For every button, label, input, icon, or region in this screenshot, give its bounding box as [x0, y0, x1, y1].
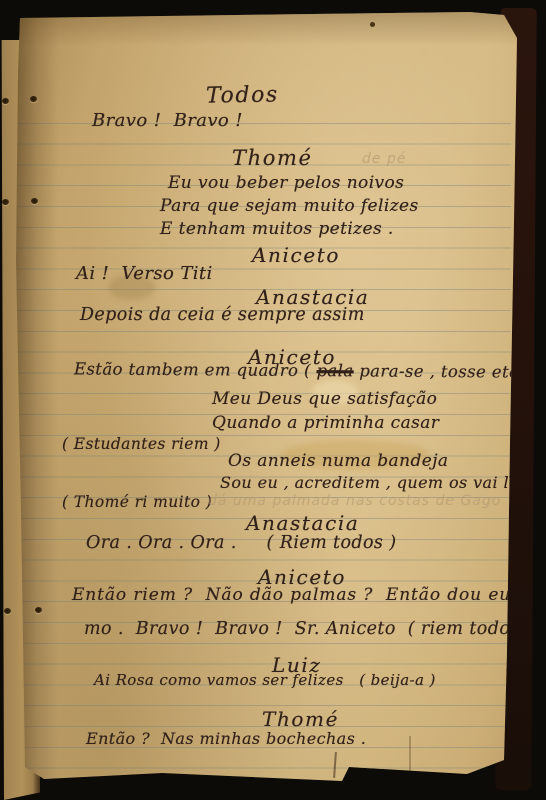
paper-crease — [409, 736, 411, 782]
pencil-note: dá uma palmada nas costas de Gago — [208, 494, 501, 508]
dialogue-line: mo . Bravo ! Bravo ! Sr. Aniceto ( riem … — [84, 621, 533, 639]
verse-line: Meu Deus que satisfação — [212, 391, 437, 408]
verse-line: Quando a priminha casar — [212, 415, 439, 432]
pencil-note: de pé — [362, 152, 406, 166]
punch-hole — [31, 198, 38, 204]
character-heading: Anastacia — [256, 287, 369, 307]
character-heading: Thomé — [232, 148, 313, 169]
dialogue-line: Então riem ? Não dão palmas ? Então dou … — [72, 587, 546, 604]
verse-line: Para que sejam muito felizes — [160, 198, 419, 215]
top-shade — [12, 12, 520, 46]
punch-hole — [4, 608, 11, 614]
stage-direction: ( Estudantes riem ) — [62, 437, 221, 453]
character-heading: Thomé — [262, 709, 339, 729]
verse-line: E tenham muitos petizes . — [160, 221, 394, 238]
punch-hole — [2, 98, 9, 104]
dialogue-line: Ora . Ora . Ora . ( Riem todos ) — [86, 535, 397, 553]
character-heading: Aniceto — [252, 245, 340, 265]
verse-line: Eu vou beber pelos noivos — [168, 175, 404, 192]
character-heading: Aniceto — [258, 567, 346, 587]
dialogue-line-with-strikeout: Estão tambem em quadro ( pala para-se , … — [74, 361, 531, 381]
dialogue-line: Ai Rosa como vamos ser felizes ( beija-a… — [94, 673, 436, 688]
manuscript-page: Todos Bravo ! Bravo ! Thomé de pé Eu vou… — [12, 12, 520, 786]
dialogue-text: para-se , tosse etc ) — [354, 361, 532, 381]
verse-line: Os anneis numa bandeja — [228, 453, 448, 470]
character-heading: Anastacia — [246, 513, 359, 533]
dialogue-line: Então ? Nas minhas bochechas . — [86, 731, 366, 747]
dialogue-line: Ai ! Verso Titi — [76, 265, 213, 283]
verse-line: Sou eu , acreditem , quem os vai levar — [220, 475, 546, 491]
punch-hole — [2, 199, 9, 205]
struck-out-word: pala — [316, 361, 353, 380]
dialogue-line: Depois da ceia é sempre assim — [80, 307, 365, 325]
character-heading: Todos — [206, 84, 279, 107]
dialogue-line: Bravo ! Bravo ! — [92, 112, 243, 130]
punch-hole — [30, 96, 37, 102]
stage-direction: ( Thomé ri muito ) — [62, 495, 212, 511]
dialogue-text: Estão tambem em quadro ( — [74, 359, 317, 380]
paper-speck — [370, 22, 375, 27]
punch-hole — [35, 607, 42, 613]
